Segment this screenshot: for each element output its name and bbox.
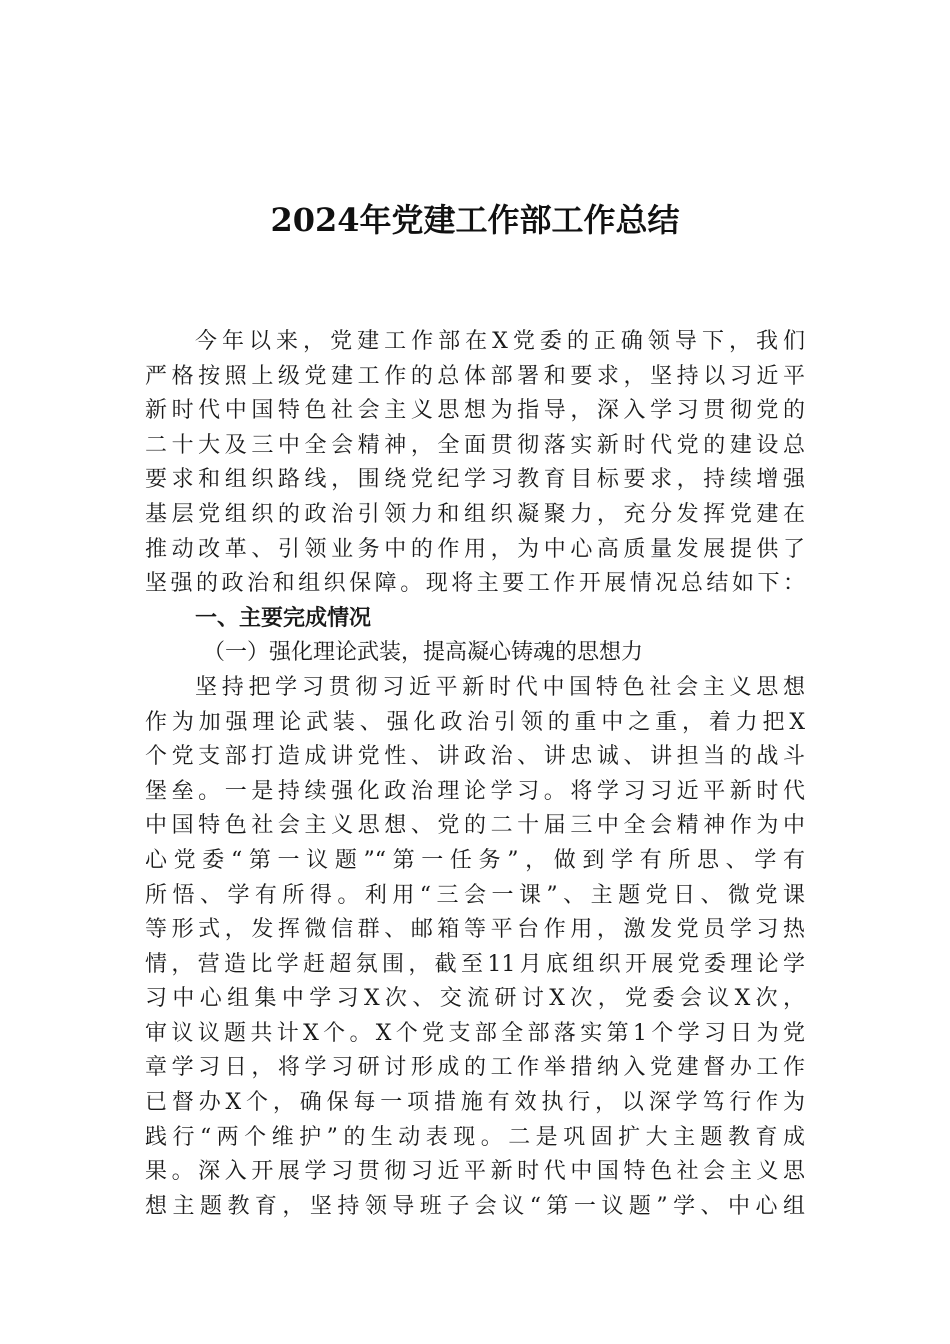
text-line: 已督办X个，确保每一项措施有效执行，以深学笃行作为 <box>145 1086 805 1121</box>
text-line: 坚强的政治和组织保障。现将主要工作开展情况总结如下： <box>145 567 805 602</box>
text-line: 中国特色社会主义思想、党的二十届三中全会精神作为中 <box>145 809 805 844</box>
text-line: 堡垒。一是持续强化政治理论学习。将学习习近平新时代 <box>145 775 805 810</box>
text-line: 践行“两个维护”的生动表现。二是巩固扩大主题教育成 <box>145 1121 805 1156</box>
text-line: 心党委“第一议题”“第一任务”，做到学有所思、学有 <box>145 844 805 879</box>
text-line: 二十大及三中全会精神，全面贯彻落实新时代党的建设总 <box>145 429 805 464</box>
text-line: 章学习日，将学习研讨形成的工作举措纳入党建督办工作 <box>145 1051 805 1086</box>
text-line: 果。深入开展学习贯彻习近平新时代中国特色社会主义思 <box>145 1155 805 1190</box>
text-line: 等形式，发挥微信群、邮箱等平台作用，激发党员学习热 <box>145 913 805 948</box>
text-line: 要求和组织路线，围绕党纪学习教育目标要求，持续增强 <box>145 463 805 498</box>
text-line: 作为加强理论武装、强化政治引领的重中之重，着力把X <box>145 706 805 741</box>
text-line: 审议议题共计X个。X个党支部全部落实第1个学习日为党 <box>145 1017 805 1052</box>
text-line: 坚持把学习贯彻习近平新时代中国特色社会主义思想 <box>145 671 805 706</box>
intro-paragraph: 今年以来，党建工作部在X党委的正确领导下，我们 严格按照上级党建工作的总体部署和… <box>145 325 805 602</box>
document-page: 2024年党建工作部工作总结 今年以来，党建工作部在X党委的正确领导下，我们 严… <box>0 0 950 1344</box>
document-title: 2024年党建工作部工作总结 <box>0 196 950 244</box>
text-line: 情，营造比学赶超氛围，截至11月底组织开展党委理论学 <box>145 948 805 983</box>
text-line: 习中心组集中学习X次、交流研讨X次，党委会议X次， <box>145 982 805 1017</box>
document-body: 今年以来，党建工作部在X党委的正确领导下，我们 严格按照上级党建工作的总体部署和… <box>145 325 805 1224</box>
text-line: 个党支部打造成讲党性、讲政治、讲忠诚、讲担当的战斗 <box>145 740 805 775</box>
subsection-heading: （一）强化理论武装，提高凝心铸魂的思想力 <box>145 636 805 671</box>
text-line: 严格按照上级党建工作的总体部署和要求，坚持以习近平 <box>145 360 805 395</box>
text-line: 所悟、学有所得。利用“三会一课”、主题党日、微党课 <box>145 879 805 914</box>
text-line: 想主题教育，坚持领导班子会议“第一议题”学、中心组 <box>145 1190 805 1225</box>
section-heading: 一、主要完成情况 <box>145 602 805 637</box>
text-line: 今年以来，党建工作部在X党委的正确领导下，我们 <box>145 325 805 360</box>
text-line: 推动改革、引领业务中的作用，为中心高质量发展提供了 <box>145 533 805 568</box>
body-paragraph: 坚持把学习贯彻习近平新时代中国特色社会主义思想 作为加强理论武装、强化政治引领的… <box>145 671 805 1225</box>
text-line: 新时代中国特色社会主义思想为指导，深入学习贯彻党的 <box>145 394 805 429</box>
text-line: 基层党组织的政治引领力和组织凝聚力，充分发挥党建在 <box>145 498 805 533</box>
